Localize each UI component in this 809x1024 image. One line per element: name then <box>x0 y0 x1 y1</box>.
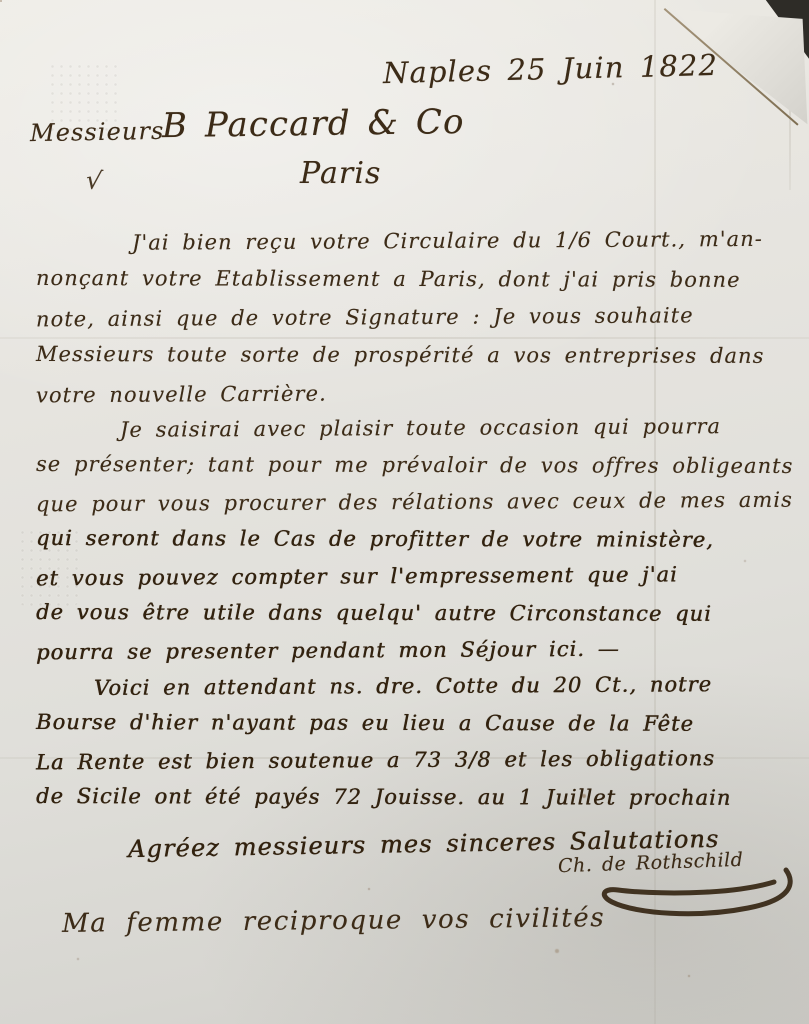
addressee-prefix: Messieurs <box>30 117 165 147</box>
city-line: Paris <box>300 156 382 191</box>
letter-line: qui seront dans le Cas de profitter de v… <box>36 520 796 559</box>
letter-line: se présenter; tant pour me prévaloir de … <box>36 446 796 485</box>
foxing-specks <box>0 0 2 2</box>
dark-backdrop-corner <box>749 0 809 70</box>
signature-flourish <box>578 866 798 918</box>
postscript-line: Ma femme reciproque vos civilités <box>62 903 606 939</box>
letter-line: Bourse d'hier n'ayant pas eu lieu a Caus… <box>36 704 796 743</box>
letter-line: nonçant votre Etablissement a Paris, don… <box>36 259 796 299</box>
letter-page: Naples 25 Juin 1822 Messieurs B Paccard … <box>0 0 809 1024</box>
letter-line: note, ainsi que de votre Signature : Je … <box>36 296 796 339</box>
letter-line: et vous pouvez compter sur l'empressemen… <box>36 556 796 598</box>
checkmark-annotation: √ <box>84 165 105 196</box>
letter-line: Je saisirai avec plaisir toute occasion … <box>36 408 796 450</box>
letter-line: Messieurs toute sorte de prospérité a vo… <box>36 335 796 375</box>
vertical-fold-crease-right <box>789 30 791 190</box>
letter-line: de Sicile ont été payés 72 Jouisse. au 1… <box>36 778 796 817</box>
letter-line: pourra se presenter pendant mon Séjour i… <box>36 630 796 672</box>
paragraph-1: J'ai bien reçu votre Circulaire du 1/6 C… <box>36 222 796 412</box>
paragraph-3: Voici en attendant ns. dre. Cotte du 20 … <box>36 668 796 816</box>
paragraph-2: Je saisirai avec plaisir toute occasion … <box>36 410 796 669</box>
addressee-name: B Paccard & Co <box>162 102 465 146</box>
letter-line: J'ai bien reçu votre Circulaire du 1/6 C… <box>36 220 796 263</box>
date-line: Naples 25 Juin 1822 <box>383 48 719 90</box>
letter-line: que pour vous procurer des rélations ave… <box>36 482 796 524</box>
letter-line: La Rente est bien soutenue a 73 3/8 et l… <box>36 740 796 782</box>
letter-line: Voici en attendant ns. dre. Cotte du 20 … <box>36 666 796 708</box>
letter-line: de vous être utile dans quelqu' autre Ci… <box>36 594 796 633</box>
